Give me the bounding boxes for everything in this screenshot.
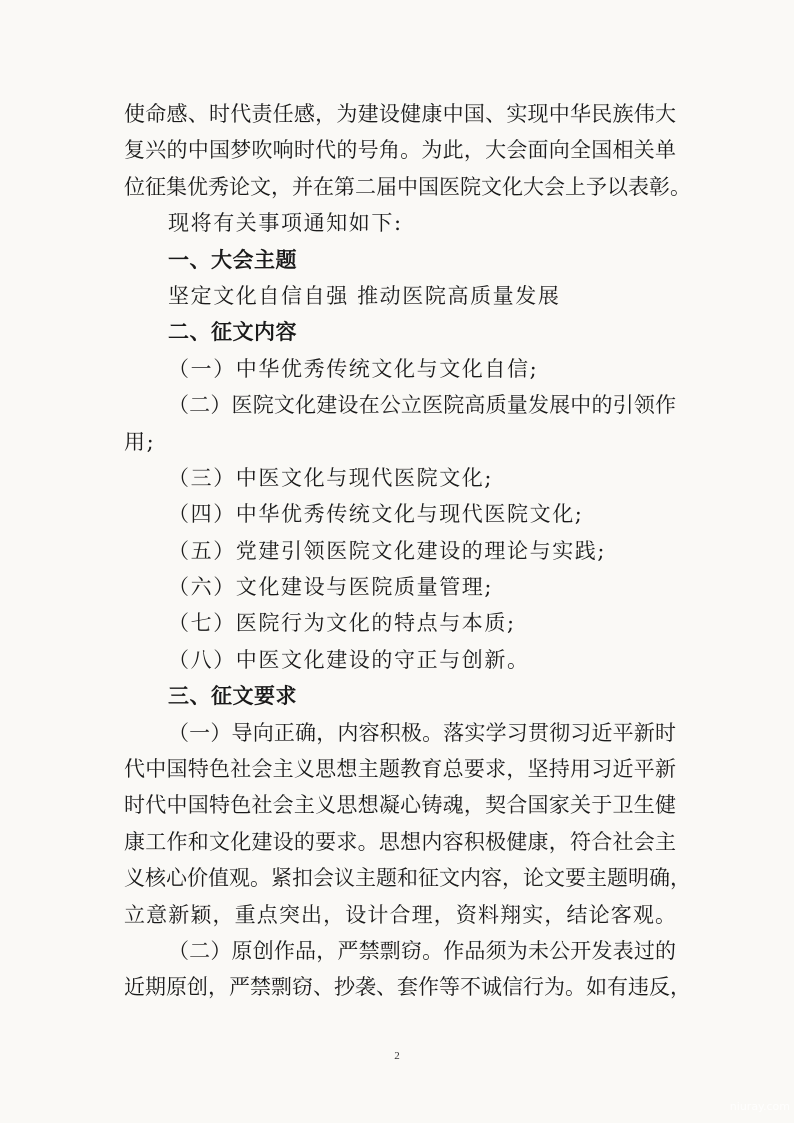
text-line: （四）中华优秀传统文化与现代医院文化; (124, 496, 676, 532)
document-page: 使命感、时代责任感，为建设健康中国、实现中华民族伟大复兴的中国梦吹响时代的号角。… (124, 96, 676, 1006)
section-heading: 三、征文要求 (124, 678, 676, 714)
text-line: （二）医院文化建设在公立医院高质量发展中的引领作 (124, 387, 676, 423)
page-number: 2 (0, 1050, 794, 1062)
text-line: 康工作和文化建设的要求。思想内容积极健康，符合社会主 (124, 824, 676, 860)
section-heading: 二、征文内容 (124, 314, 676, 350)
text-line: 立意新颖，重点突出，设计合理，资料翔实，结论客观。 (124, 897, 676, 933)
text-line: （五）党建引领医院文化建设的理论与实践; (124, 533, 676, 569)
text-line: 位征集优秀论文，并在第二届中国医院文化大会上予以表彰。 (124, 169, 676, 205)
text-line: 用; (124, 424, 676, 460)
text-line: （六）文化建设与医院质量管理; (124, 569, 676, 605)
text-line: 坚定文化自信自强 推动医院高质量发展 (124, 278, 676, 314)
text-line: （八）中医文化建设的守正与创新。 (124, 642, 676, 678)
text-line: （二）原创作品，严禁剽窃。作品须为未公开发表过的 (124, 933, 676, 969)
section-heading: 一、大会主题 (124, 242, 676, 278)
text-line: 时代中国特色社会主义思想凝心铸魂，契合国家关于卫生健 (124, 787, 676, 823)
text-line: （一）中华优秀传统文化与文化自信; (124, 351, 676, 387)
text-line: 现将有关事项通知如下: (124, 205, 676, 241)
text-line: 近期原创，严禁剽窃、抄袭、套作等不诚信行为。如有违反， (124, 969, 676, 1005)
text-line: 使命感、时代责任感，为建设健康中国、实现中华民族伟大 (124, 96, 676, 132)
text-line: （七）医院行为文化的特点与本质; (124, 605, 676, 641)
text-line: 代中国特色社会主义思想主题教育总要求，坚持用习近平新 (124, 751, 676, 787)
text-line: 义核心价值观。紧扣会议主题和征文内容，论文要主题明确， (124, 860, 676, 896)
text-line: （三）中医文化与现代医院文化; (124, 460, 676, 496)
text-line: （一）导向正确，内容积极。落实学习贯彻习近平新时 (124, 715, 676, 751)
watermark: niuray.com (730, 1100, 790, 1113)
text-line: 复兴的中国梦吹响时代的号角。为此，大会面向全国相关单 (124, 132, 676, 168)
